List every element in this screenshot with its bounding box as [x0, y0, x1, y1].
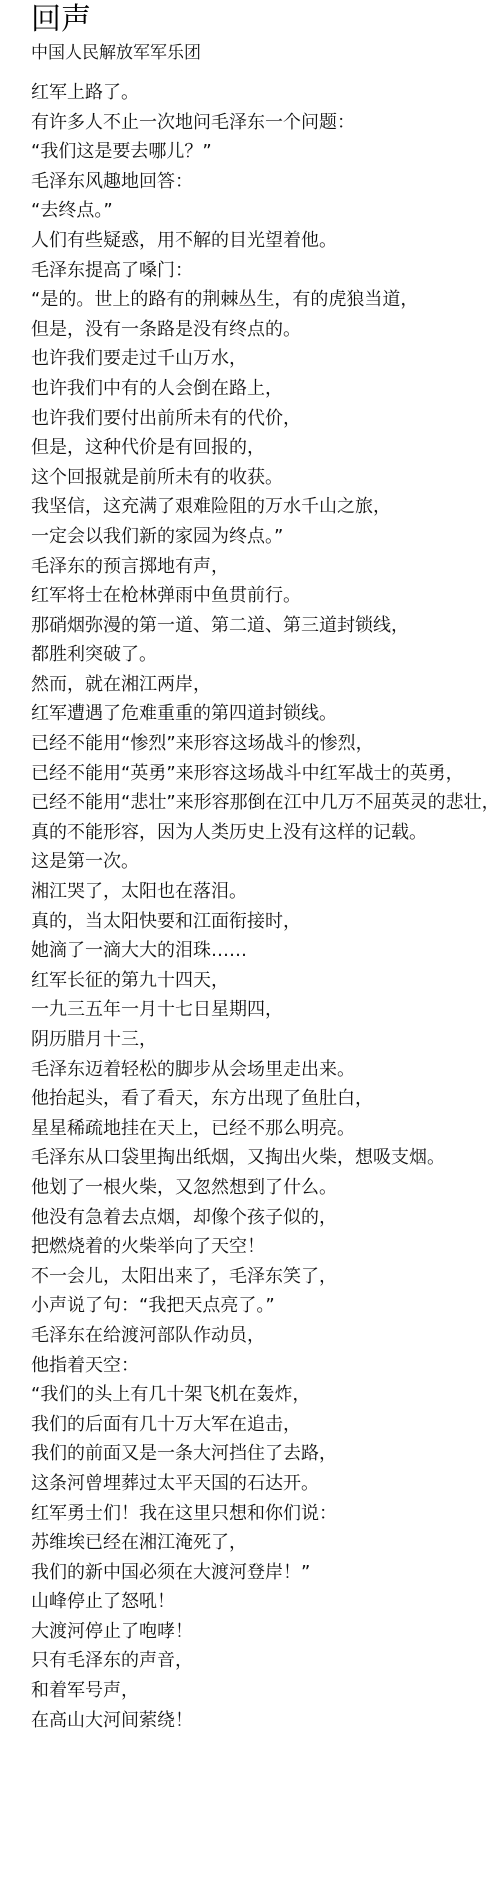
lyric-line: “是的。世上的路有的荆棘丛生，有的虎狼当道，: [31, 285, 500, 315]
lyric-line: 大渡河停止了咆哮！: [31, 1617, 500, 1647]
lyric-line: 已经不能用“悲壮”来形容那倒在江中几万不屈英灵的悲壮，: [31, 788, 500, 818]
lyric-line: 星星稀疏地挂在天上，已经不那么明亮。: [31, 1114, 500, 1144]
lyric-line: 阴历腊月十三，: [31, 1025, 500, 1055]
lyric-line: 红军遭遇了危难重重的第四道封锁线。: [31, 699, 500, 729]
lyric-line: 苏维埃已经在湘江淹死了，: [31, 1528, 500, 1558]
lyric-line: 但是，没有一条路是没有终点的。: [31, 315, 500, 345]
lyric-line: “我们这是要去哪儿？”: [31, 137, 500, 167]
lyric-line: 那硝烟弥漫的第一道、第二道、第三道封锁线，: [31, 611, 500, 641]
lyric-line: 已经不能用“英勇”来形容这场战斗中红军战士的英勇，: [31, 759, 500, 789]
lyric-line: 在高山大河间萦绕！: [31, 1706, 500, 1736]
lyric-line: 他划了一根火柴，又忽然想到了什么。: [31, 1173, 500, 1203]
lyric-line: 真的，当太阳快要和江面衔接时，: [31, 907, 500, 937]
lyric-line: 人们有些疑惑，用不解的目光望着他。: [31, 226, 500, 256]
lyric-line: 但是，这种代价是有回报的，: [31, 433, 500, 463]
song-title: 回声: [31, 0, 500, 38]
lyrics-body: 红军上路了。有许多人不止一次地问毛泽东一个问题：“我们这是要去哪儿？”毛泽东风趣…: [31, 78, 500, 1735]
lyric-line: 真的不能形容，因为人类历史上没有这样的记载。: [31, 818, 500, 848]
lyric-line: 只有毛泽东的声音，: [31, 1646, 500, 1676]
lyric-line: 有许多人不止一次地问毛泽东一个问题：: [31, 108, 500, 138]
lyric-line: 毛泽东的预言掷地有声，: [31, 552, 500, 582]
lyric-line: 红军上路了。: [31, 78, 500, 108]
lyric-line: 这条河曾埋葬过太平天国的石达开。: [31, 1469, 500, 1499]
lyric-line: 他指着天空：: [31, 1351, 500, 1381]
lyric-line: 已经不能用“惨烈”来形容这场战斗的惨烈，: [31, 729, 500, 759]
lyric-line: 毛泽东在给渡河部队作动员，: [31, 1321, 500, 1351]
lyric-line: 他抬起头，看了看天，东方出现了鱼肚白，: [31, 1084, 500, 1114]
lyric-line: 红军将士在枪林弹雨中鱼贯前行。: [31, 581, 500, 611]
lyric-line: 一定会以我们新的家园为终点。”: [31, 522, 500, 552]
lyric-line: 她滴了一滴大大的泪珠……: [31, 936, 500, 966]
lyric-line: 我们的前面又是一条大河挡住了去路，: [31, 1439, 500, 1469]
lyric-line: “去终点。”: [31, 196, 500, 226]
lyric-line: 毛泽东提高了嗓门：: [31, 256, 500, 286]
lyric-line: 然而，就在湘江两岸，: [31, 670, 500, 700]
lyric-line: 都胜利突破了。: [31, 640, 500, 670]
lyric-line: 毛泽东从口袋里掏出纸烟，又掏出火柴，想吸支烟。: [31, 1143, 500, 1173]
lyric-line: 毛泽东风趣地回答：: [31, 167, 500, 197]
lyric-line: 一九三五年一月十七日星期四，: [31, 995, 500, 1025]
lyric-line: 和着军号声，: [31, 1676, 500, 1706]
lyric-line: 不一会儿，太阳出来了，毛泽东笑了，: [31, 1262, 500, 1292]
lyric-line: 我们的新中国必须在大渡河登岸！”: [31, 1558, 500, 1588]
lyric-line: 也许我们中有的人会倒在路上，: [31, 374, 500, 404]
artist-name: 中国人民解放军军乐团: [31, 42, 500, 64]
lyric-line: 毛泽东迈着轻松的脚步从会场里走出来。: [31, 1055, 500, 1085]
lyric-line: 也许我们要走过千山万水，: [31, 344, 500, 374]
lyric-line: 这是第一次。: [31, 847, 500, 877]
lyrics-page: 回声 中国人民解放军军乐团 红军上路了。有许多人不止一次地问毛泽东一个问题：“我…: [0, 0, 500, 1735]
lyric-line: 红军长征的第九十四天，: [31, 966, 500, 996]
lyric-line: 他没有急着去点烟，却像个孩子似的，: [31, 1203, 500, 1233]
lyric-line: 山峰停止了怒吼！: [31, 1587, 500, 1617]
lyric-line: “我们的头上有几十架飞机在轰炸，: [31, 1380, 500, 1410]
lyric-line: 也许我们要付出前所未有的代价，: [31, 404, 500, 434]
lyric-line: 小声说了句：“我把天点亮了。”: [31, 1291, 500, 1321]
lyric-line: 湘江哭了，太阳也在落泪。: [31, 877, 500, 907]
lyric-line: 把燃烧着的火柴举向了天空！: [31, 1232, 500, 1262]
lyric-line: 这个回报就是前所未有的收获。: [31, 463, 500, 493]
lyric-line: 我们的后面有几十万大军在追击，: [31, 1410, 500, 1440]
lyric-line: 我坚信，这充满了艰难险阻的万水千山之旅，: [31, 492, 500, 522]
lyric-line: 红军勇士们！我在这里只想和你们说：: [31, 1499, 500, 1529]
